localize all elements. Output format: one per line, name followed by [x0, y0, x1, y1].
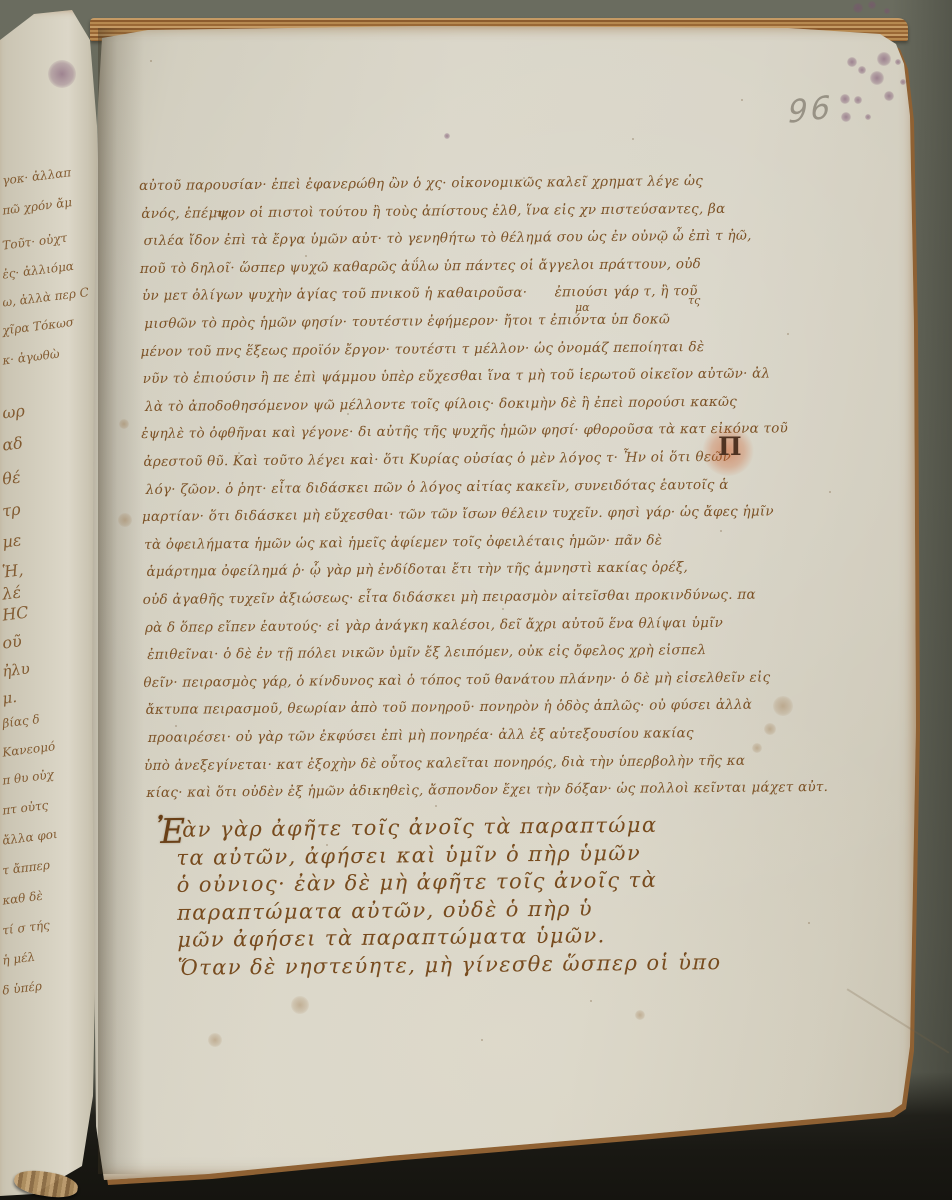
interlinear-note: μα	[575, 301, 590, 314]
purple-stain	[854, 96, 862, 104]
gutter-text-fragment: οῦ	[1, 622, 95, 652]
purple-stain	[870, 71, 884, 85]
brown-stain	[118, 513, 132, 527]
paper-speck	[502, 608, 504, 610]
gutter-text-fragment: μ.	[1, 678, 95, 707]
brown-stain	[773, 696, 793, 716]
purple-stain	[877, 52, 891, 66]
gutter-shadow	[98, 28, 144, 1174]
paper-speck	[305, 255, 307, 257]
interlinear-note: τς	[216, 207, 228, 220]
purple-stain	[847, 57, 857, 67]
quote-line: παραπτώματα αὐτῶν, οὐδὲ ὁ πὴρ ὑ	[177, 896, 593, 924]
purple-stain	[884, 91, 894, 101]
facing-page-text-fragments: γοκ· ἀλλαππῶ χρόν ἄμΤοῦτ· οὐχτἐς· ἀλλιόμ…	[0, 0, 100, 1200]
gutter-text-fragment: αδ	[1, 424, 95, 454]
gutter-text-fragment: Τοῦτ· οὐχτ	[1, 227, 94, 252]
gutter-text-fragment: ωρ	[1, 392, 95, 422]
quote-line: μῶν ἀφήσει τὰ παραπτώματα ὑμῶν.	[177, 924, 606, 952]
quote-line: ὁ οὐνιος· ἐὰν δὲ μὴ ἀφῆτε τοῖς ἀνοῖς τὰ	[177, 868, 658, 897]
brown-stain	[635, 1010, 645, 1020]
gutter-text-fragment: θέ	[1, 458, 95, 488]
purple-stain	[841, 112, 851, 122]
paper-speck	[741, 99, 743, 101]
paper-speck	[808, 922, 810, 924]
brown-stain	[752, 743, 762, 753]
purple-stain	[900, 79, 906, 85]
gutter-text-fragment: ἄλλα φοι	[1, 822, 94, 847]
gutter-text-fragment: τί σ τής	[1, 912, 94, 937]
purple-stain	[853, 3, 863, 13]
purple-stain	[895, 59, 901, 65]
gutter-text-fragment: π θυ οὐχ	[1, 762, 94, 787]
gutter-text-fragment: ω, ἀλλὰ περ C	[1, 284, 94, 309]
marginal-pi-mark: Π	[718, 432, 742, 461]
purple-stain	[840, 94, 850, 104]
paper-speck	[481, 1039, 483, 1041]
gutter-text-fragment: Κανεομό	[1, 734, 94, 759]
brown-stain	[119, 419, 129, 429]
purple-stain	[858, 66, 866, 74]
paper-speck	[590, 1000, 592, 1002]
purple-stain	[444, 133, 450, 139]
brown-stain	[208, 1033, 222, 1047]
paper-speck	[347, 413, 349, 415]
gutter-text-fragment: πῶ χρόν ἄμ	[1, 192, 94, 217]
gutter-text-fragment: δ ὑπέρ	[1, 972, 94, 997]
gutter-text-fragment: τρ	[1, 490, 95, 520]
gutter-text-fragment: ἡ μέλ	[1, 942, 94, 967]
quote-line: ὰν γὰρ ἀφῆτε τοῖς ἀνοῖς τὰ παραπτώμα	[182, 813, 658, 842]
interlinear-note: τς	[688, 294, 700, 307]
paper-speck	[632, 138, 634, 140]
gutter-text-fragment: καθ δὲ	[1, 882, 94, 907]
paper-speck	[150, 60, 152, 62]
gutter-text-fragment: κ· ἀγωθὼ	[1, 342, 94, 367]
brown-stain	[764, 723, 776, 735]
gutter-text-fragment: τ ἄππερ	[1, 852, 94, 877]
gutter-text-fragment: ἠλυ	[1, 651, 95, 680]
paper-speck	[435, 805, 437, 807]
manuscript-photo: γοκ· ἀλλαππῶ χρόν ἄμΤοῦτ· οὐχτἐς· ἀλλιόμ…	[0, 0, 952, 1200]
gutter-text-fragment: χῖρα Τόκωσ	[1, 312, 94, 337]
gutter-text-fragment: πτ οὐτς	[1, 792, 94, 817]
gutter-text-fragment: βίας δ	[1, 705, 94, 730]
paper-speck	[829, 491, 831, 493]
paper-speck	[787, 333, 789, 335]
gutter-text-fragment: ἐς· ἀλλιόμα	[1, 256, 94, 281]
gutter-text-fragment: γοκ· ἀλλαπ	[1, 162, 94, 187]
gutter-text-fragment: µε	[1, 521, 95, 551]
purple-stain	[868, 1, 876, 9]
paper-speck	[175, 725, 177, 727]
quote-line: τα αὐτῶν, ἀφήσει καὶ ὑμῖν ὁ πὴρ ὑμῶν	[176, 841, 641, 870]
folio-number: 96	[788, 89, 834, 131]
purple-stain	[884, 8, 890, 14]
paper-speck	[720, 530, 722, 532]
brown-stain	[291, 996, 309, 1014]
purple-stain	[865, 114, 871, 120]
